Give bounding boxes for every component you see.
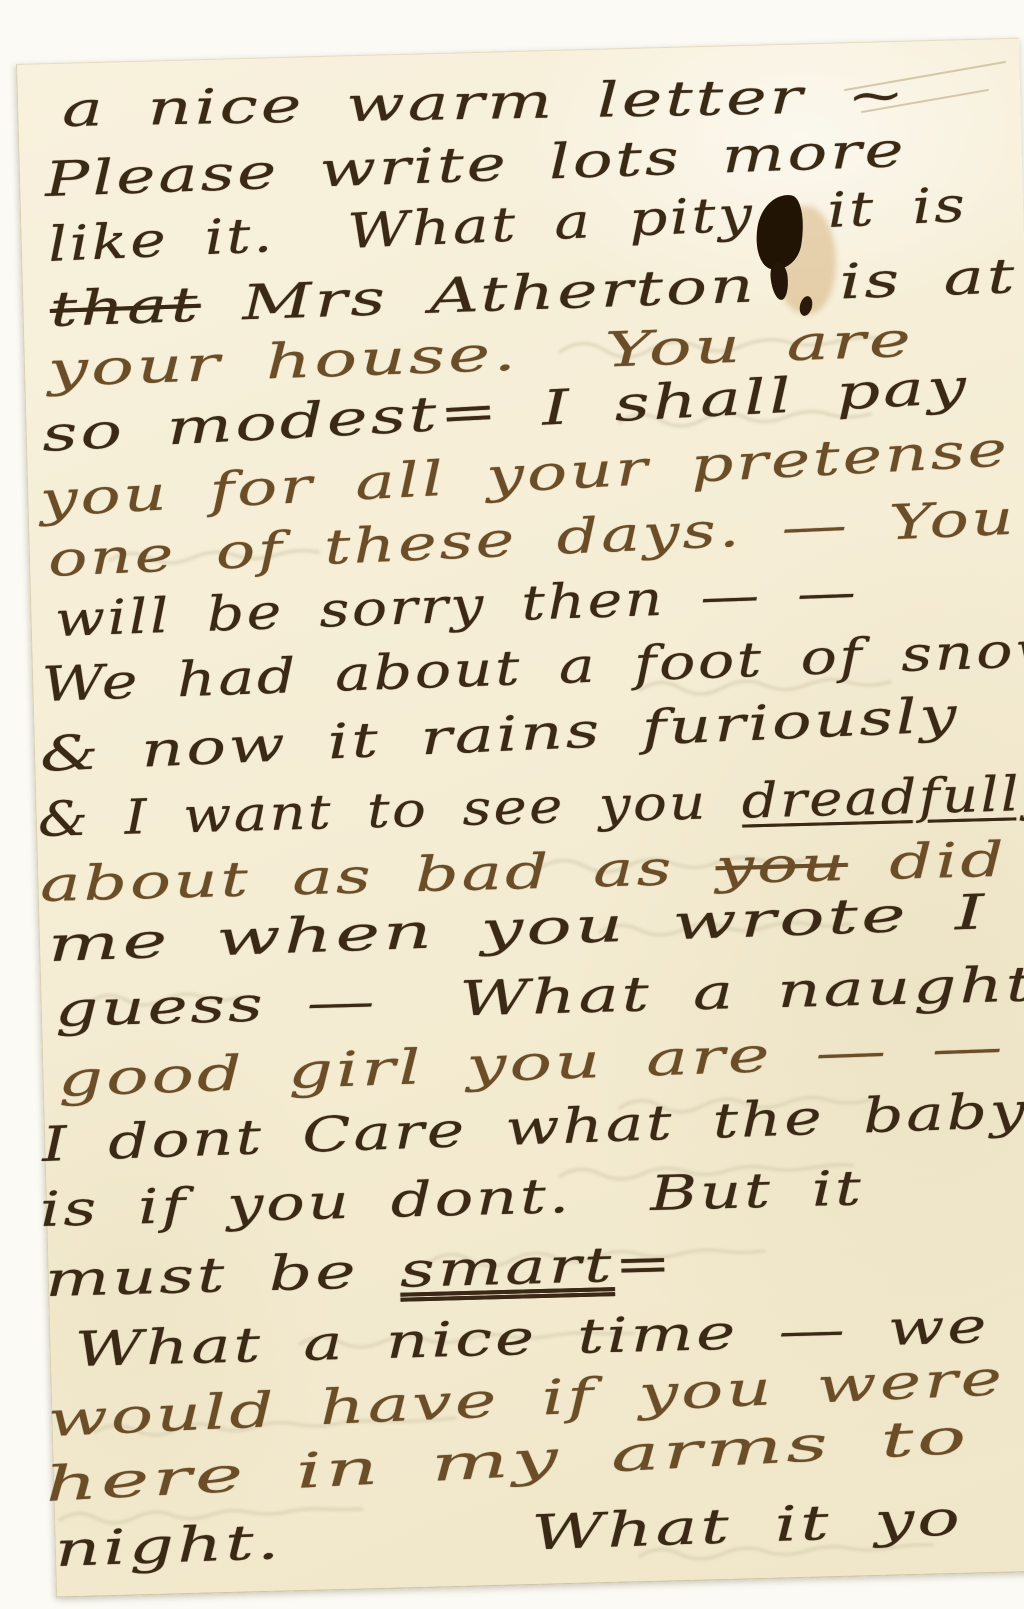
underlined-word: smart — [399, 1237, 615, 1299]
scan-bed: a nice warm letter ~Please write lots mo… — [0, 0, 1024, 1609]
struck-word: you — [715, 836, 848, 895]
letter-line: here in my arms to — [45, 1461, 590, 1509]
letter-text: is if you dont. But it — [39, 1160, 864, 1238]
letter-lines: a nice warm letter ~Please write lots mo… — [0, 0, 1024, 1609]
letter-text: & I want to see you — [37, 774, 742, 848]
underlined-word: dreadfully — [741, 765, 1024, 829]
letter-text: night. — [54, 1514, 283, 1578]
letter-text: = — [613, 1236, 674, 1294]
struck-word: that — [49, 277, 202, 338]
letter-text — [282, 1549, 532, 1558]
letter-line: must be smart= — [45, 1256, 488, 1304]
letter-text: What it yo — [531, 1490, 964, 1561]
letter-line: & now it rains furiously — [40, 731, 712, 779]
letter-line: a nice warm letter ~ — [62, 86, 653, 134]
letter-line: is if you dont. But it — [40, 1186, 655, 1234]
letter-line: me when you wrote I — [48, 921, 647, 969]
letter-text: must be — [44, 1243, 400, 1308]
letter-line: I dont Care what the baby — [42, 1121, 789, 1169]
letter-line: guess — What a naughty — [55, 986, 780, 1034]
letter-text: did — [847, 832, 1008, 892]
letter-line: night.What it yo — [55, 1526, 673, 1574]
